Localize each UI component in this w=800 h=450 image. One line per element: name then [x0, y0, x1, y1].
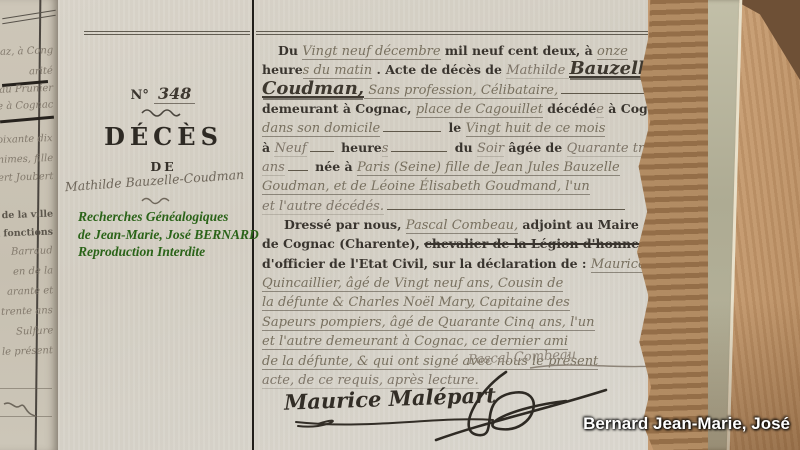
act-text-segment: Quarante trois — [567, 141, 648, 157]
act-line: la défunte & Charles Noël Mary, Capitain… — [262, 291, 648, 310]
fill-rule — [383, 127, 441, 132]
act-text-segment: Du — [278, 43, 302, 58]
act-text-segment: Bauzelle, — [569, 59, 648, 78]
fill-rule — [288, 166, 308, 171]
previous-page-strip: az, à CongaritéBeau Prunierdécédée à Cog… — [0, 0, 60, 450]
act-text-segment: née à — [311, 159, 357, 174]
act-text-segment: Dressé par nous, — [284, 217, 406, 232]
act-line: de Cognac (Charente), chevalier de la Lé… — [262, 233, 648, 252]
previous-page-fragment: le présent — [2, 345, 53, 358]
flourish-mark — [140, 107, 182, 117]
act-text-segment: Coudman, — [262, 79, 364, 98]
act-text-segment: dans son domicile — [262, 121, 380, 137]
previous-page-fragment: Beau Prunier — [0, 83, 53, 96]
previous-page-fragment: é aux fonctions — [0, 227, 53, 241]
fill-rule — [561, 89, 645, 94]
act-text-segment: e — [596, 102, 604, 118]
act-text-segment: adjoint au Maire de la ville — [518, 217, 648, 232]
act-line: Du Vingt neuf décembre mil neuf cent deu… — [262, 40, 648, 59]
register-photo: az, à CongaritéBeau Prunierdécédée à Cog… — [0, 0, 800, 450]
previous-page-fragment: Barraud — [11, 245, 53, 257]
photo-credit: Bernard Jean-Marie, José — [583, 414, 790, 434]
act-line: Sapeurs pompiers, âgé de Quarante Cinq a… — [262, 311, 648, 330]
act-text-segment: le — [444, 120, 465, 135]
act-text-segment: d'officier de l'Etat Civil, sur la décla… — [262, 256, 591, 271]
act-text-segment — [262, 54, 278, 55]
act-text-segment: heure — [262, 62, 303, 77]
previous-page-fragment: arité — [29, 66, 53, 78]
act-text-segment: Pascal Combeau, — [406, 218, 518, 234]
watermark-line: de Jean-Marie, José BERNARD — [78, 226, 259, 244]
act-text-segment: s — [382, 141, 389, 157]
ruled-line — [0, 388, 52, 389]
act-text-segment: mil neuf cent deux, à — [441, 43, 597, 58]
record-number-label: N° — [131, 88, 149, 103]
ink-bar — [0, 116, 54, 123]
act-text-segment: Sans profession, Célibataire, — [364, 83, 558, 99]
previous-page-fragment: finimes, fille — [0, 153, 53, 166]
act-text-segment: la défunte & Charles Noël Mary, Capitain… — [262, 295, 570, 311]
signature-fragment — [2, 398, 42, 420]
act-text-segment: Mathilde — [506, 63, 569, 79]
fill-rule — [391, 147, 447, 152]
top-double-rule — [84, 31, 250, 32]
act-text-segment: du — [450, 140, 477, 155]
act-text-segment — [262, 228, 284, 229]
act-text-segment: de Cognac (Charente), — [262, 236, 424, 251]
act-line: Quincaillier, âgé de Vingt neuf ans, Cou… — [262, 272, 648, 291]
record-number: N° 348 — [98, 84, 228, 103]
act-text-segment: Neuf — [274, 141, 306, 157]
act-text-segment: place de Cagouillet — [416, 102, 543, 118]
act-text-segment: Soir — [477, 141, 504, 157]
act-text-segment: âgée de — [504, 140, 567, 155]
act-line: à Neuf heures du Soir âgée de Quarante t… — [262, 137, 648, 156]
previous-page-fragment: décédée à Cognac — [0, 99, 53, 113]
top-double-rule — [84, 34, 250, 35]
act-text-segment: Vingt neuf décembre — [302, 44, 440, 60]
act-text-segment: heure — [337, 140, 382, 155]
act-text-segment: ans — [262, 160, 285, 176]
act-line: heures du matin . Acte de décès de Mathi… — [262, 59, 648, 78]
flourish-mark — [140, 196, 174, 205]
top-double-rule — [256, 31, 648, 32]
act-text-segment: et l'autre demeurant à Cognac, ce dernie… — [262, 334, 568, 350]
act-line: dans son domicile le Vingt huit de ce mo… — [262, 117, 648, 136]
act-text-segment: Paris (Seine) fille de Jean Jules Bauzel… — [357, 160, 620, 176]
fill-rule — [387, 205, 625, 210]
act-text-segment: Quincaillier, âgé de Vingt neuf ans, Cou… — [262, 276, 563, 292]
act-line: Dressé par nous, Pascal Combeau, adjoint… — [262, 214, 648, 233]
act-line: d'officier de l'Etat Civil, sur la décla… — [262, 253, 648, 272]
act-text-segment: Goudman, et de Léoine Élisabeth Goudmand… — [262, 179, 590, 195]
act-text-segment: Vingt huit de ce mois — [466, 121, 606, 137]
act-text-segment: à — [262, 140, 274, 155]
previous-page-fragment: en de la — [13, 265, 54, 277]
record-number-value: 348 — [154, 84, 195, 104]
register-page: N° 348 DÉCÈS DE Mathilde Bauzelle-Coudma… — [58, 0, 648, 450]
act-line: Coudman, Sans profession, Célibataire, — [262, 79, 648, 98]
previous-page-fragment: arante et — [7, 285, 54, 298]
act-line: et l'autre demeurant à Cognac, ce dernie… — [262, 330, 648, 349]
act-text-segment: . Acte de décès de — [372, 62, 506, 77]
previous-page-fragment: Maire de la ville — [0, 209, 53, 223]
previous-page-fragment: Sulfure — [15, 325, 53, 337]
previous-page-fragment: oixante dix — [0, 133, 53, 146]
act-text-segment: s du matin — [303, 63, 372, 79]
section-title: DÉCÈS — [76, 122, 251, 151]
act-line: et l'autre décédés. — [262, 195, 648, 214]
act-text-segment: à Cognac — [604, 101, 648, 116]
act-text-segment: et l'autre décédés. — [262, 199, 384, 215]
act-text-segment: décédé — [543, 101, 596, 116]
top-double-rule — [256, 34, 648, 35]
act-line: Goudman, et de Léoine Élisabeth Goudmand… — [262, 175, 648, 194]
previous-page-fragment: az, à Cong — [0, 45, 53, 58]
act-text-segment: demeurant à Cognac, — [262, 101, 416, 116]
copyright-watermark: Recherches Généalogiques de Jean-Marie, … — [78, 208, 259, 261]
previous-page-fragment: ert Joubert — [0, 171, 53, 184]
watermark-line: Recherches Généalogiques — [78, 208, 259, 226]
act-text-segment: chevalier de la Légion d'honneur, — [424, 236, 648, 251]
act-line: demeurant à Cognac, place de Cagouillet … — [262, 98, 648, 117]
death-act-text: Du Vingt neuf décembre mil neuf cent deu… — [262, 40, 648, 388]
act-text-segment: Sapeurs pompiers, âgé de Quarante Cinq a… — [262, 315, 595, 331]
previous-page-fragment: trente ans — [1, 305, 53, 318]
fill-rule — [310, 147, 334, 152]
watermark-line: Reproduction Interdite — [78, 243, 259, 261]
act-line: ans née à Paris (Seine) fille de Jean Ju… — [262, 156, 648, 175]
